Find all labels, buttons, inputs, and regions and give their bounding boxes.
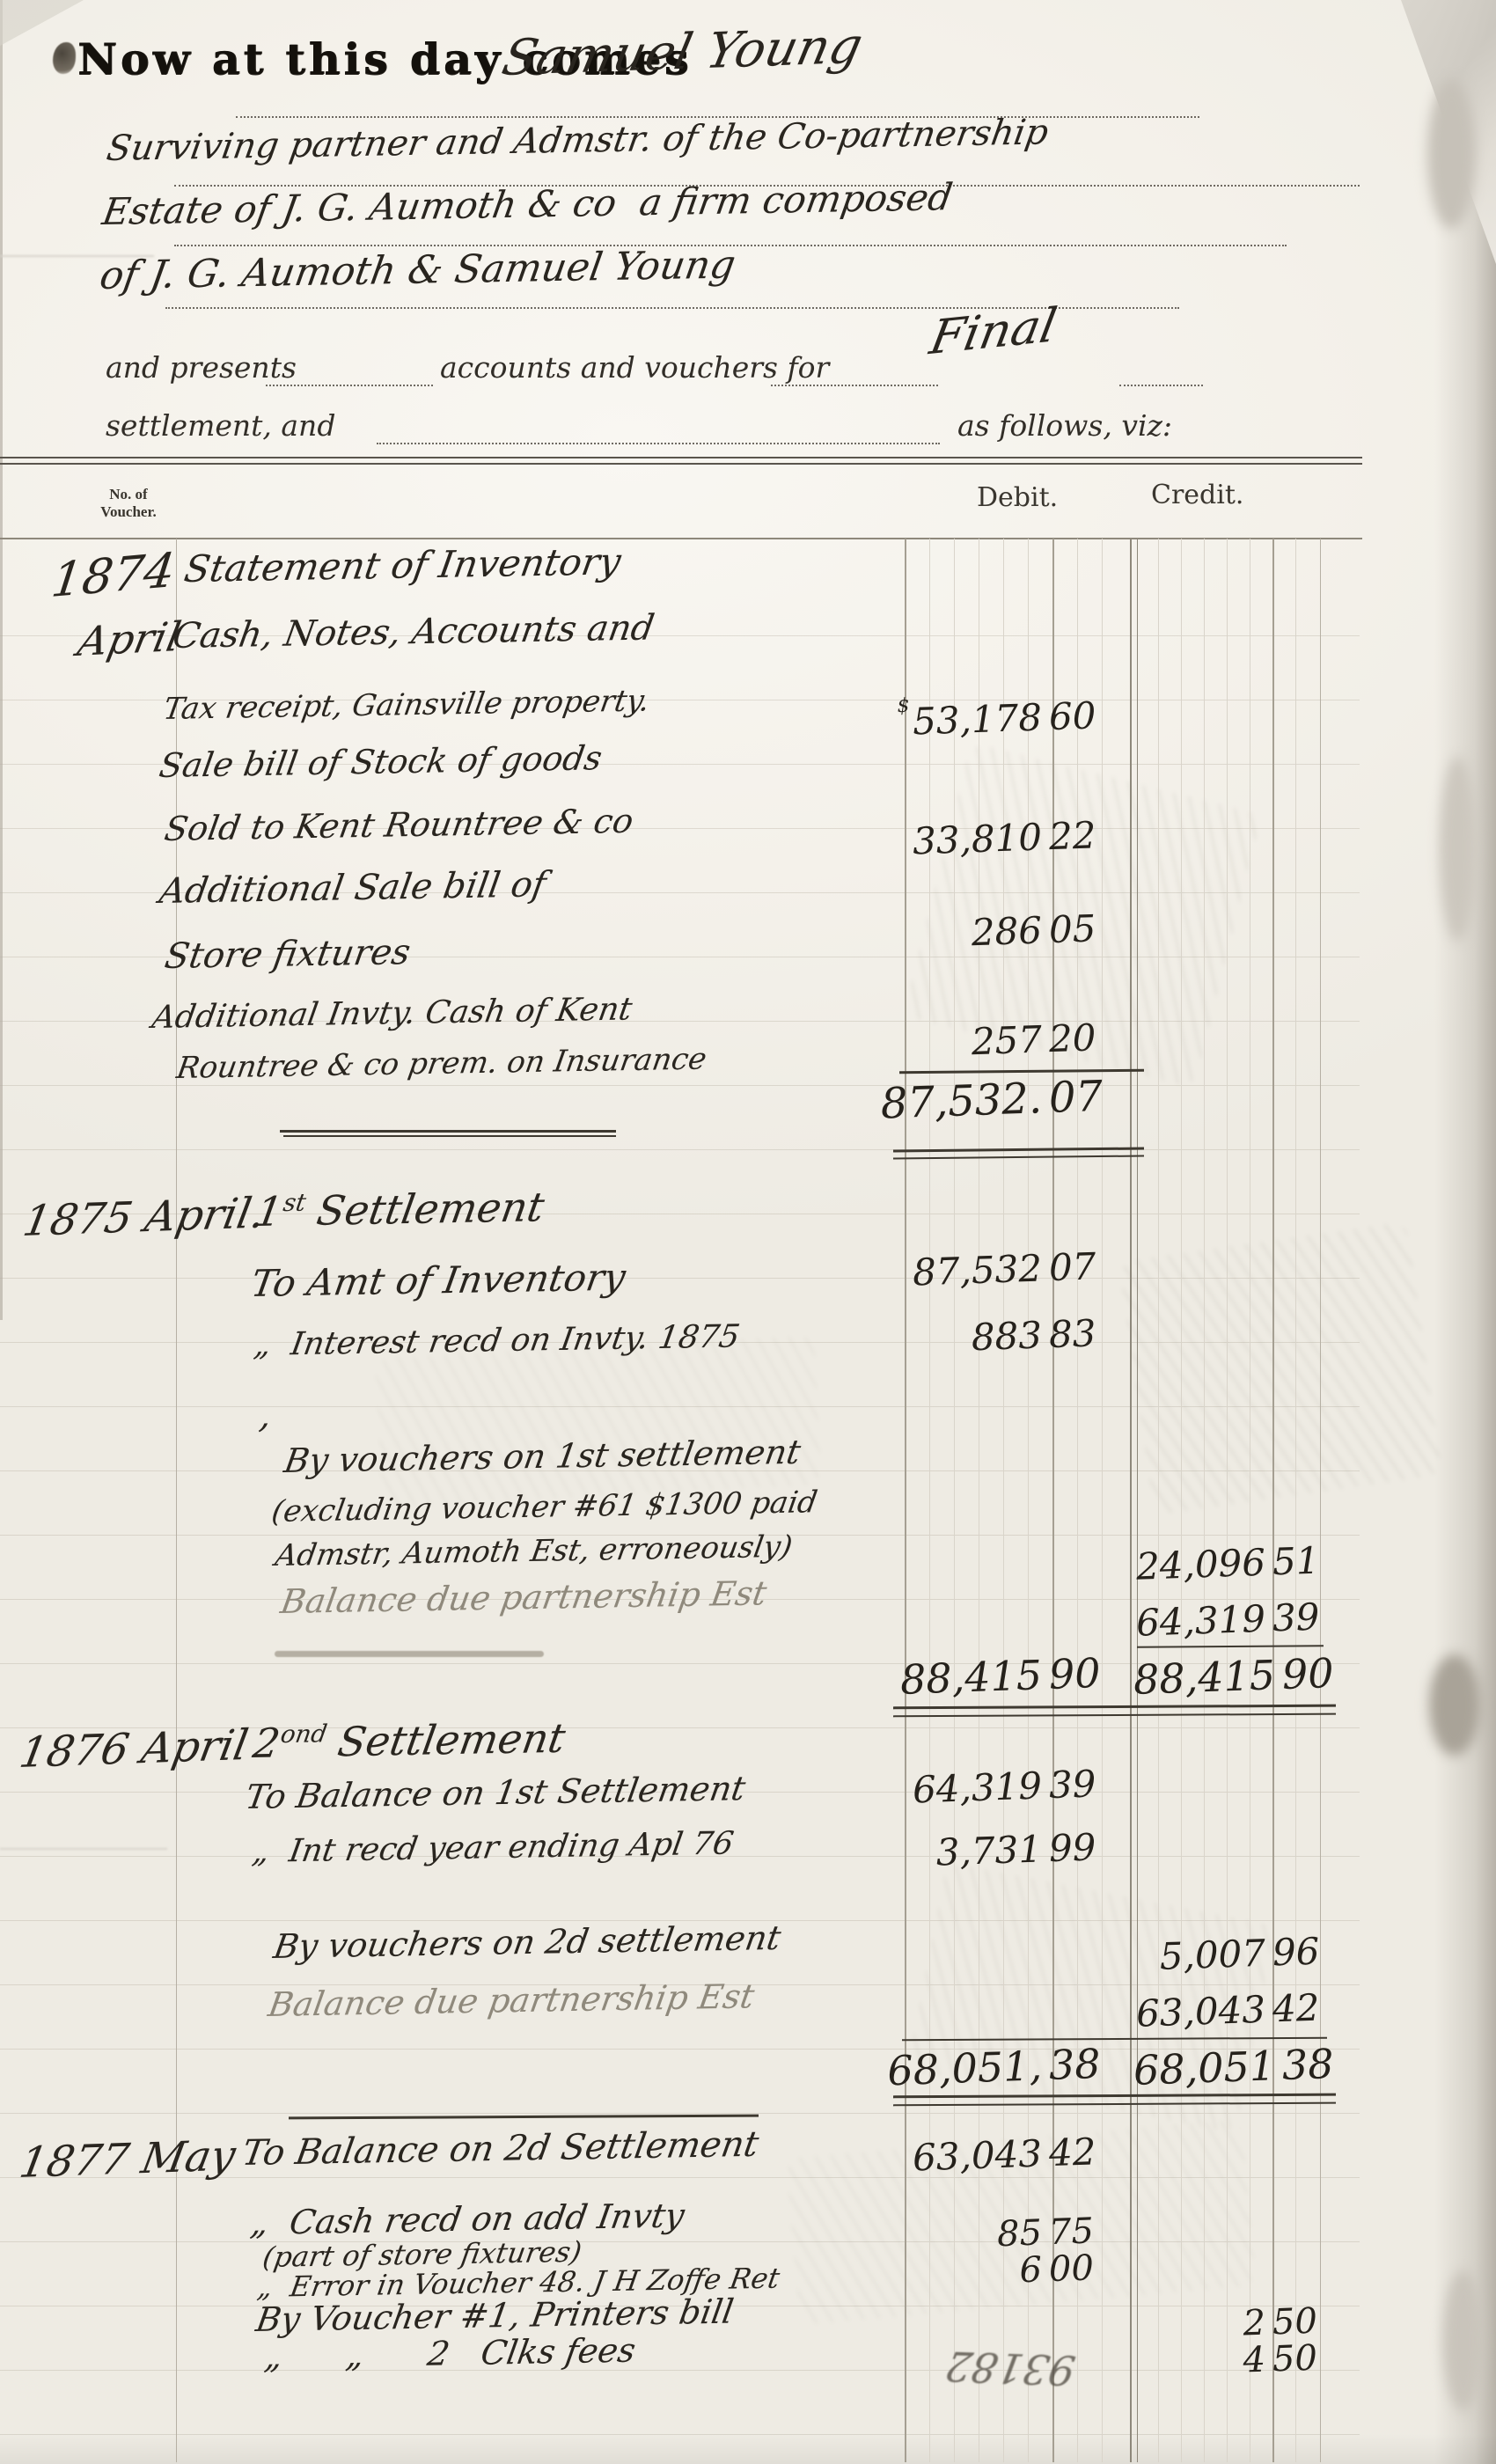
total-underline [893, 1148, 1144, 1153]
column-line [1250, 539, 1250, 2462]
ledger-entry-text: Tax receipt, Gainsville property. [161, 683, 652, 727]
ledger-entry-text: By Voucher #1, Printers bill [253, 2292, 737, 2339]
amount-cents: 96 [1265, 1929, 1331, 1975]
handwritten-line: of J. G. Aumoth & Samuel Young [97, 242, 738, 298]
total-debit: 88,41590 [879, 1648, 1115, 1704]
entry-date: 1876 April [16, 1720, 252, 1778]
handwritten-name: Samuel Young [497, 18, 868, 87]
bleedthrough-number: 93182 [942, 2343, 1079, 2394]
printed-viz-label: as follows, viz: [957, 408, 1172, 443]
entry-date: 1875 April. [19, 1189, 269, 1246]
amount-dollars: 88,415 [1133, 1651, 1276, 1704]
debit-credit-divider [1130, 539, 1138, 2462]
amount-dollars: 5,007 [1159, 1932, 1266, 1978]
column-line [1295, 539, 1296, 2462]
amount-dollars: 64,319 [1135, 1597, 1266, 1645]
paper-left-edge-line [0, 0, 3, 1320]
paper-bottom-shadow [0, 2434, 1496, 2464]
amount-dollars: 63,043 [1135, 1988, 1266, 2035]
ledger-entry-text: Rountree & co prem. on Insurance [174, 1042, 709, 1086]
ledger-entry-text: Store fixtures [162, 932, 414, 977]
settlement-heading: 2ond Settlement [250, 1714, 568, 1767]
column-line [1181, 539, 1182, 2462]
column-line [1158, 539, 1159, 2462]
amount-cents: 83 [1041, 1311, 1115, 1357]
entry-date: 1877 May [16, 2131, 239, 2188]
total-underline [893, 1713, 1336, 1718]
dotted-rule [377, 443, 940, 444]
amount-cents: 00 [1041, 2248, 1115, 2291]
total-underline [893, 1155, 1144, 1160]
handwritten-line: Surviving partner and Admstr. of the Co-… [104, 112, 1052, 169]
column-line [1204, 539, 1205, 2462]
debit-amount: 33,81022 [890, 813, 1115, 864]
ledger-document-page: Now at this day comes Samuel Young Survi… [0, 0, 1496, 2464]
amount-cents: 20 [1041, 1016, 1115, 1061]
total-credit: 68,05138 [1133, 2040, 1331, 2094]
stray-mark: , [257, 1396, 275, 1436]
amount-dollars: 68,051 [1133, 2042, 1276, 2094]
credit-amount: 24,09651 [1133, 1538, 1331, 1588]
fold-crease [0, 1848, 167, 1850]
amount-dollars: 2 [1243, 2303, 1266, 2344]
amount-dollars: 87,532. [880, 1074, 1043, 1128]
printed-settlement-label: settlement, and [106, 408, 335, 443]
amount-cents: 07 [1041, 1071, 1115, 1123]
entry-year: 1874 [48, 542, 178, 608]
amount-cents: 42 [1265, 1985, 1331, 2031]
amount-cents: 07 [1041, 1244, 1115, 1290]
amount-cents: 22 [1041, 813, 1115, 859]
paper-right-edge-shadow [1434, 0, 1496, 2464]
amount-cents: 05 [1041, 906, 1115, 952]
ledger-entry-text: (excluding voucher #61 $1300 paid [269, 1485, 820, 1529]
edge-stain [1440, 757, 1477, 942]
ledger-entry-text: To Amt of Inventory [248, 1256, 628, 1305]
dotted-rule [266, 385, 433, 386]
debit-amount: 25720 [890, 1016, 1115, 1067]
amount-cents: 90 [1041, 1648, 1115, 1698]
amount-cents: 90 [1274, 1649, 1334, 1698]
printed-accounts-label: accounts and vouchers for [440, 350, 829, 385]
amount-dollars: 286 [971, 908, 1043, 954]
ledger-entry-text: To Balance on 1st Settlement [243, 1769, 748, 1816]
ledger-entry-text-pencil: Balance due partnership Est [266, 1976, 757, 2024]
amount-dollars: 88,415 [899, 1651, 1043, 1704]
debit-amount: $53,17860 [890, 693, 1115, 744]
credit-column-header: Credit. [1151, 480, 1243, 510]
amount-dollars: 24,096 [1135, 1541, 1266, 1588]
paper-corner-shadow [0, 0, 84, 46]
column-line [1227, 539, 1228, 2462]
amount-dollars: 85 [996, 2212, 1042, 2255]
ledger-entry-text: Cash, Notes, Accounts and [170, 607, 657, 656]
ledger-entry-text: Statement of Inventory [181, 539, 624, 590]
total-credit: 88,41590 [1133, 1649, 1331, 1704]
voucher-header-line2: Voucher. [76, 503, 181, 521]
ledger-entry-text: „ „ 2 Clks fees [262, 2331, 638, 2376]
debit-amount: 3,73199 [890, 1825, 1115, 1876]
debit-amount: 63,04342 [890, 2130, 1115, 2181]
total-underline [893, 1705, 1336, 1710]
debit-amount: 28605 [890, 906, 1115, 957]
bleedthrough-smudge [375, 1335, 822, 1507]
amount-dollars: 68,051, [887, 2042, 1043, 2094]
edge-stain [1443, 2270, 1484, 2411]
ledger-entry-text: Admstr, Aumoth Est, erroneously) [273, 1529, 795, 1573]
ledger-entry-text: „ Cash recd on add Invty [248, 2196, 687, 2242]
voucher-column-header: No. of Voucher. [76, 486, 181, 521]
ledger-entry-text: Sold to Kent Rountree & co [162, 802, 636, 848]
amount-dollars: 4 [1243, 2340, 1266, 2381]
section-divider-line [289, 2115, 759, 2120]
amount-dollars: 883 [971, 1313, 1043, 1359]
amount-dollars: 33,810 [912, 815, 1043, 862]
amount-dollars: 63,043 [912, 2131, 1043, 2179]
amount-cents: 51 [1265, 1538, 1331, 1584]
section-total-debit: 87,532.07 [879, 1071, 1115, 1128]
amount-cents: 60 [1041, 693, 1115, 739]
credit-amount-pencil: 63,04342 [1133, 1985, 1331, 2035]
settlement-heading: 1st Settlement [253, 1183, 547, 1236]
amount-cents: 39 [1041, 1762, 1115, 1808]
pencil-divider-line [275, 1651, 544, 1657]
credit-amount-pencil: 450 [1133, 2337, 1331, 2385]
section-divider-line [280, 1130, 616, 1133]
dotted-rule [1119, 385, 1203, 386]
heading-text: Settlement [334, 1714, 568, 1765]
amount-dollars: 257 [971, 1017, 1043, 1063]
amount-cents: 42 [1041, 2130, 1115, 2175]
bleedthrough-smudge [1118, 1221, 1441, 1514]
ledger-entry-text: „ Int recd year ending Apl 76 [250, 1826, 736, 1870]
edge-stain [1427, 79, 1476, 229]
debit-amount: 88383 [890, 1311, 1115, 1362]
heading-text: Settlement [313, 1183, 547, 1234]
amount-cents: 39 [1265, 1595, 1331, 1640]
ledger-entry-text: Additional Invty. Cash of Kent [150, 992, 634, 1036]
ledger-entry-text: To Balance on 2d Settlement [239, 2124, 761, 2174]
amount-dollars: 6 [1019, 2249, 1043, 2291]
amount-cents: 50 [1265, 2337, 1331, 2380]
debit-amount: 64,31939 [890, 1762, 1115, 1813]
amount-cents: 38 [1041, 2039, 1115, 2089]
credit-amount: 5,00796 [1133, 1929, 1331, 1979]
amount-dollars: 53,178 [912, 695, 1043, 743]
debit-amount-faded: 600 [890, 2248, 1114, 2296]
dotted-rule [771, 385, 938, 386]
credit-amount-pencil: 64,31939 [1133, 1595, 1331, 1645]
credit-cents-divider [1272, 539, 1274, 2462]
amount-dollars: 64,319 [912, 1764, 1043, 1811]
ledger-right-line [1320, 539, 1321, 2462]
double-rule [0, 457, 1362, 465]
section-divider-line [283, 1135, 616, 1137]
debit-amount: 87,53207 [890, 1244, 1115, 1295]
edge-stain [1429, 1654, 1480, 1756]
amount-cents: 38 [1274, 2040, 1334, 2089]
heading-ordinal: ond [279, 1719, 329, 1749]
debit-column-header: Debit. [977, 482, 1058, 513]
amount-dollars: 3,731 [935, 1827, 1043, 1874]
dollar-sign: $ [897, 695, 911, 744]
printed-presents-label: and presents [106, 350, 297, 385]
ink-blot [53, 42, 76, 74]
heading-ordinal: st [282, 1188, 309, 1217]
amount-cents: 50 [1265, 2300, 1331, 2343]
ledger-entry-text: By vouchers on 2d settlement [271, 1918, 783, 1966]
ledger-entry-text-pencil: Balance due partnership Est [278, 1573, 769, 1621]
total-debit: 68,051,38 [879, 2039, 1115, 2094]
voucher-header-line1: No. of [76, 486, 181, 503]
amount-dollars: 87,532 [912, 1246, 1043, 1294]
ledger-entry-text: Additional Sale bill of [157, 864, 549, 912]
ledger-entry-text: Sale bill of Stock of goods [157, 738, 605, 785]
amount-cents: 99 [1041, 1825, 1115, 1871]
entry-month: April [74, 612, 185, 665]
